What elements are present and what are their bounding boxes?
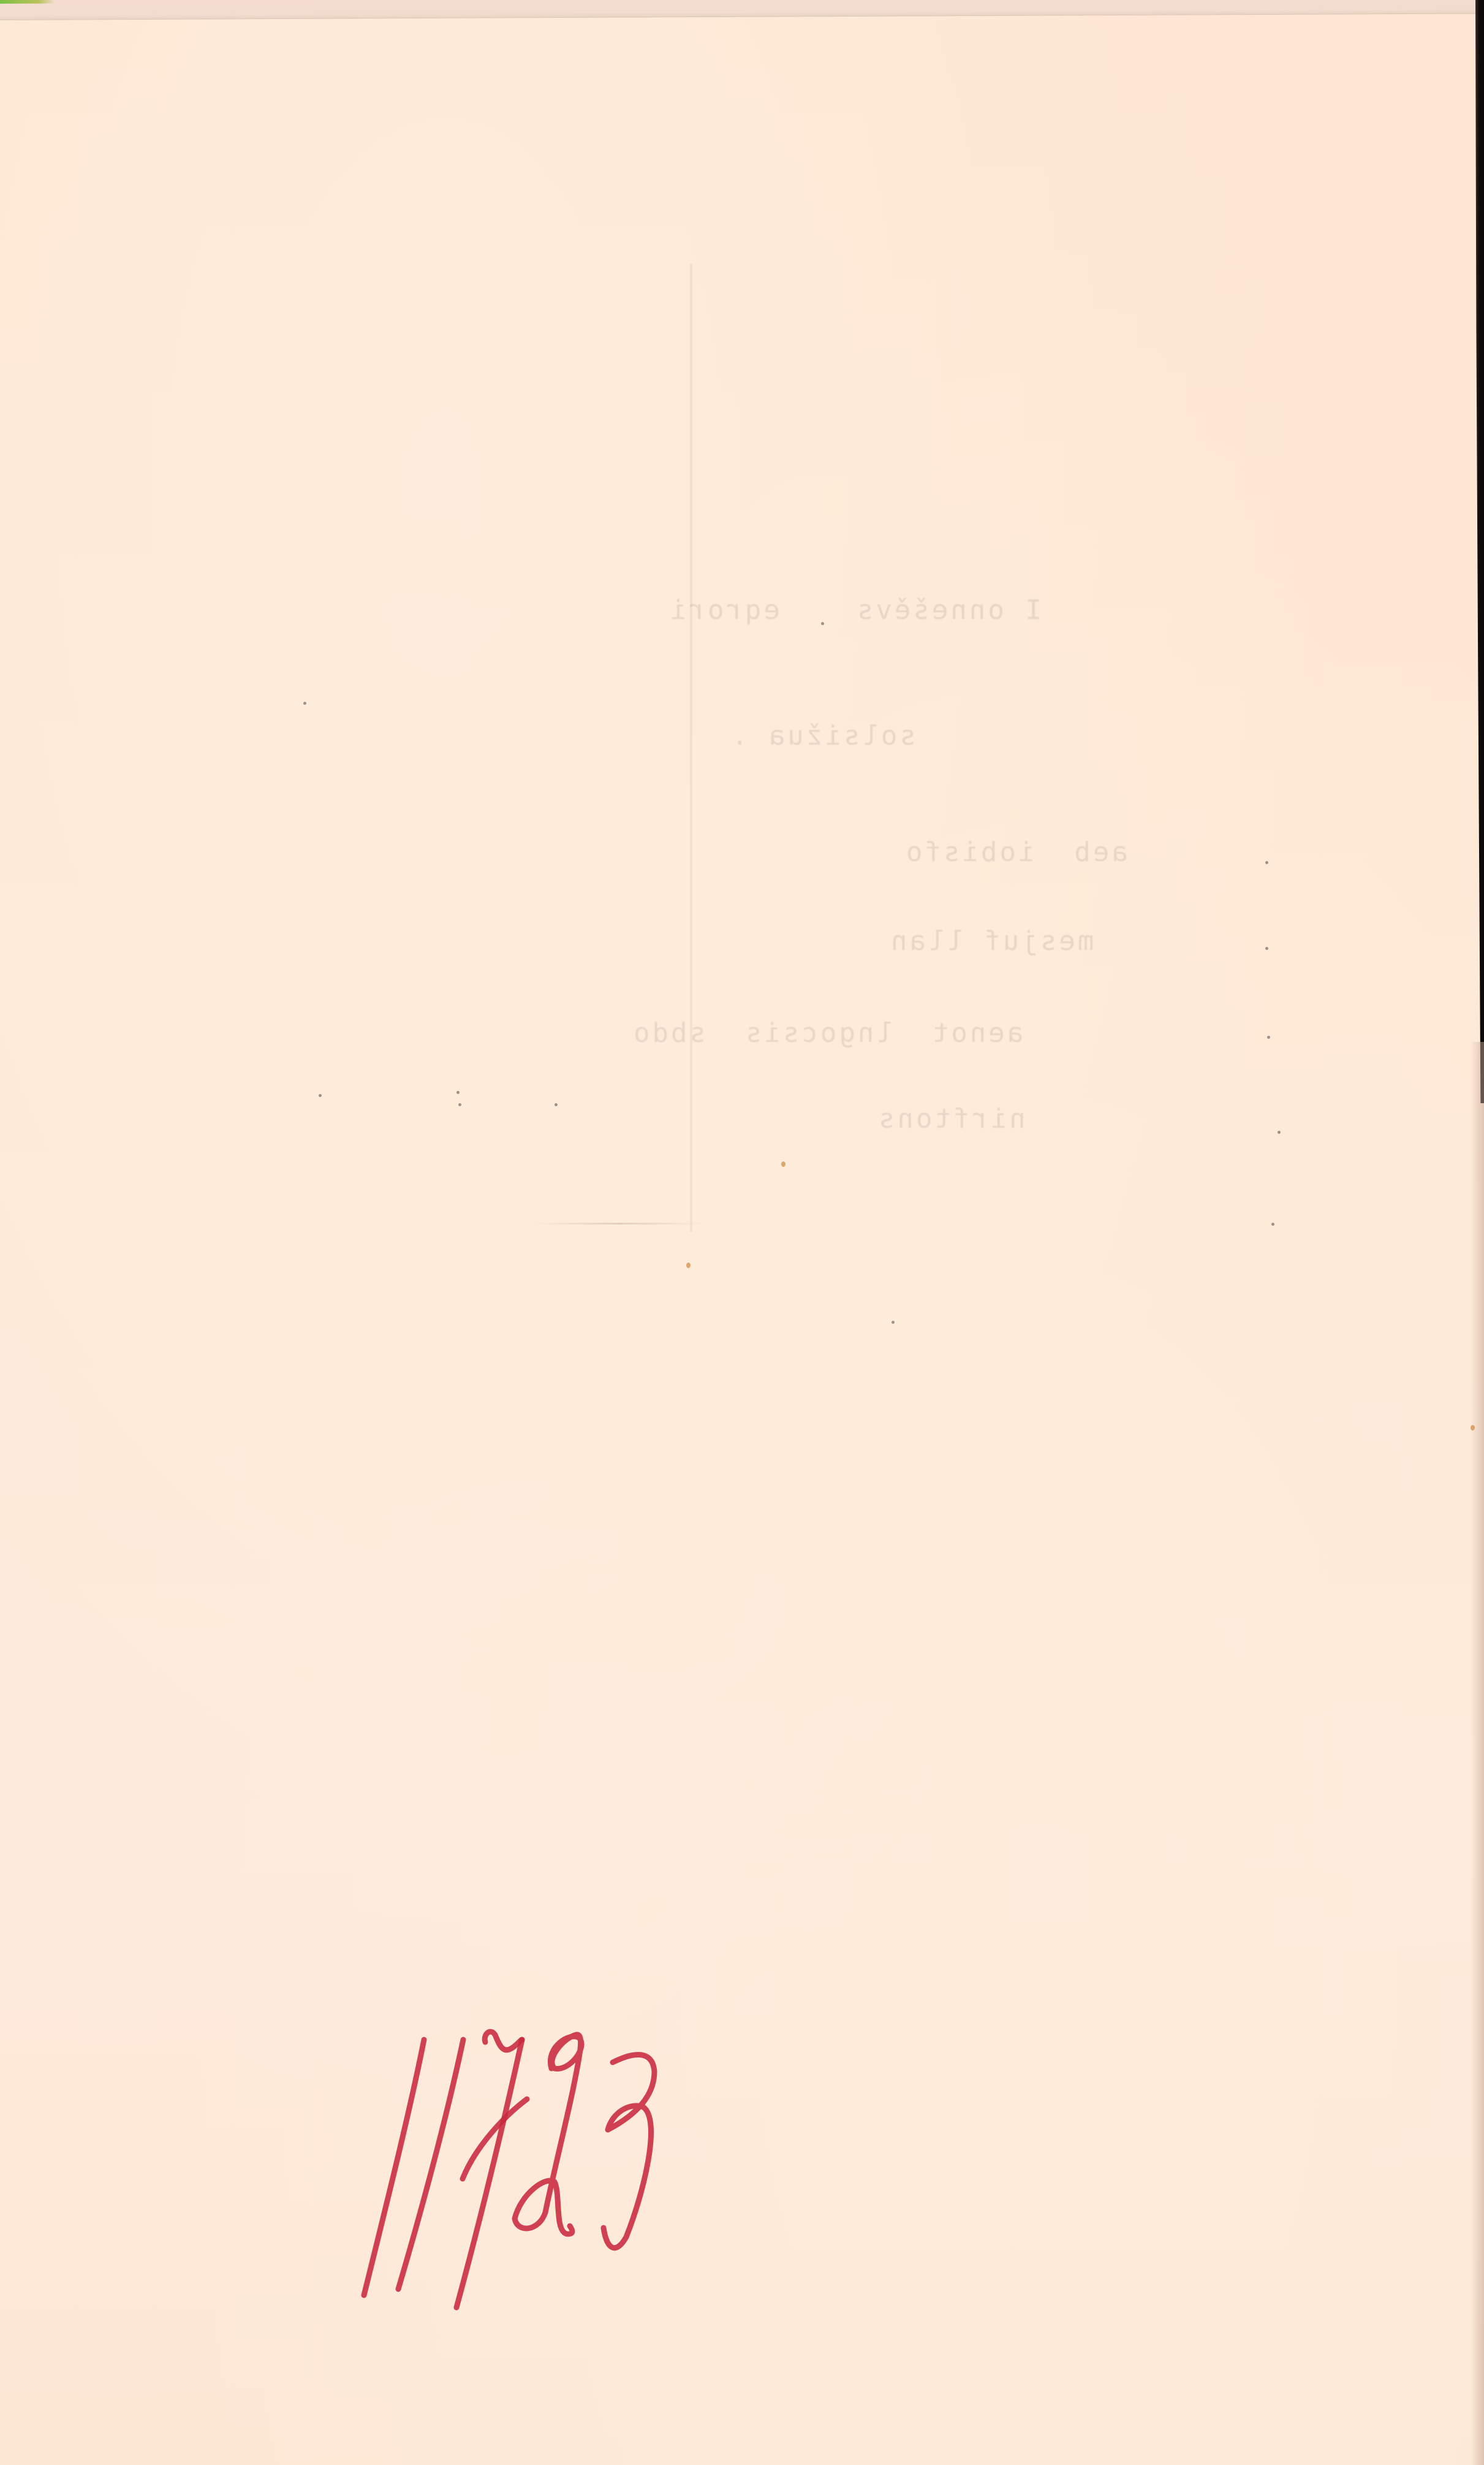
dust-speck <box>1265 861 1268 864</box>
bleed-through-line: aeb iobisfo <box>904 837 1128 868</box>
dust-speck <box>303 702 306 705</box>
dust-speck <box>319 1094 322 1097</box>
dust-speck <box>1278 1131 1281 1134</box>
scanned-page: I onnešěvs eqrori solsižua . aeb iobisfo… <box>0 0 1484 2465</box>
rust-spot <box>781 1161 786 1167</box>
dust-speck <box>1267 1036 1270 1039</box>
bleed-through-line: solsižua . <box>729 720 916 751</box>
bleed-through-line: aenot lngocsis sbdo <box>631 1017 1023 1049</box>
scanner-dark-edge <box>1475 0 1484 1103</box>
handwritten-number-strokes <box>343 2010 956 2329</box>
dust-speck <box>458 1103 461 1106</box>
horizontal-crease <box>533 1223 705 1225</box>
dust-speck <box>1271 1223 1274 1226</box>
dust-speck <box>555 1103 558 1106</box>
dust-speck <box>456 1091 460 1094</box>
bleed-through-line: mesjuf llan <box>888 925 1094 957</box>
rust-spot <box>1471 1425 1475 1430</box>
handwritten-archive-number: 11723 <box>343 2010 956 2329</box>
dust-speck <box>821 622 824 625</box>
green-corner-mark <box>0 0 55 4</box>
bleed-through-line: I onnešěvs eqrori <box>668 594 1042 626</box>
page-edge-shadow <box>1471 1042 1484 2465</box>
vertical-fold-line <box>689 264 693 1232</box>
dust-speck <box>1265 947 1268 950</box>
dust-speck <box>892 1321 895 1324</box>
adjacent-sheet-edge <box>0 0 1484 20</box>
bleed-through-line: nirftons <box>876 1103 1026 1134</box>
rust-spot <box>686 1263 691 1268</box>
